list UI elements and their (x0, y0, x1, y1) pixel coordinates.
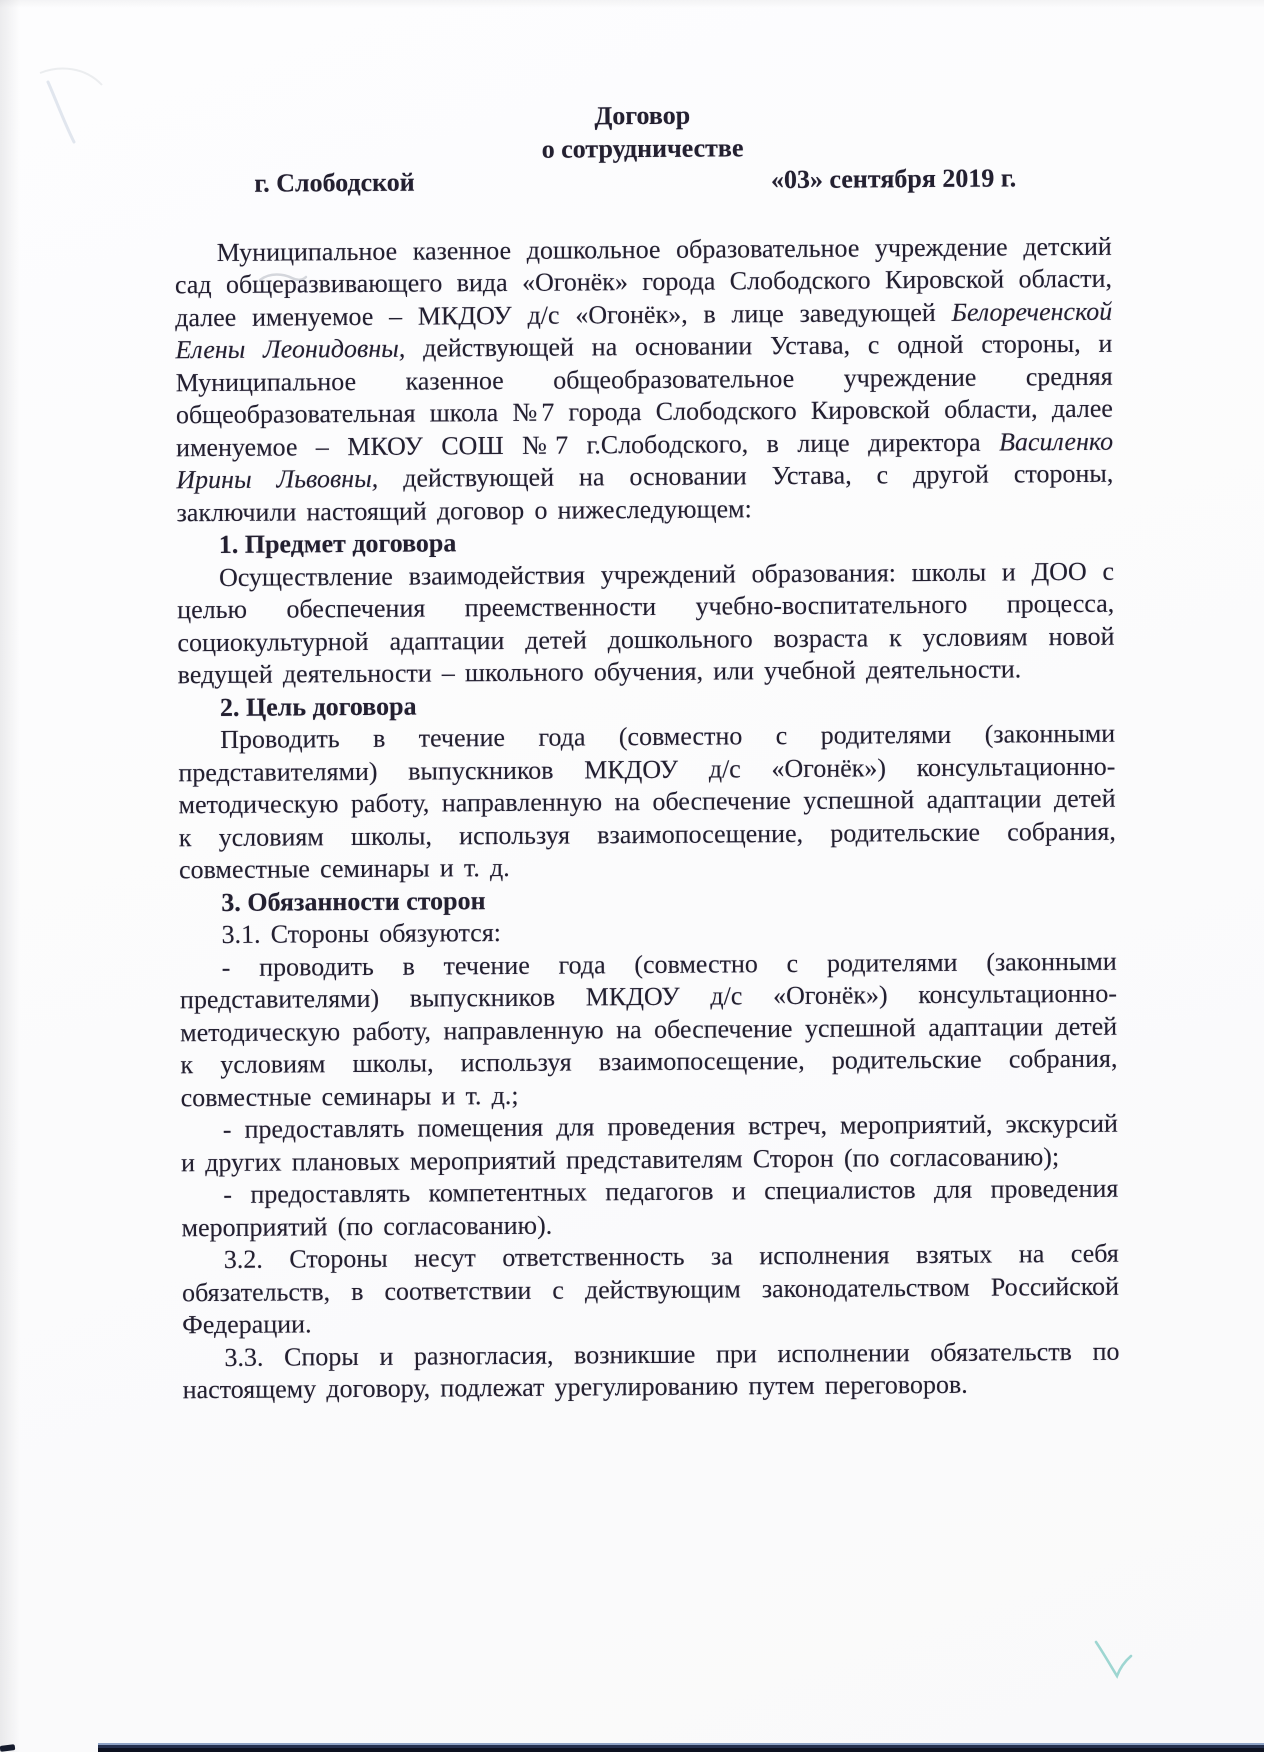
document-body: Договор о сотрудничестве г. Слободской «… (173, 0, 1120, 1407)
scan-edge-shadow-top (0, 0, 1264, 8)
scan-edge-shadow-left (0, 0, 20, 1752)
clause-3-2: 3.2. Стороны несут ответственность за ис… (182, 1238, 1120, 1342)
section-2-body: Проводить в течение года (совместно с ро… (178, 718, 1116, 887)
scan-smudge-icon (42, 78, 82, 148)
clause-3-1-bullet-1: - проводить в течение года (совместно с … (180, 945, 1118, 1114)
clause-3-3: 3.3. Споры и разногласия, возникшие при … (182, 1335, 1119, 1407)
city-label: г. Слободской (254, 167, 415, 201)
scanned-contract-page: Договор о сотрудничестве г. Слободской «… (0, 0, 1264, 1752)
city-date-row: г. Слободской «03» сентября 2019 г. (174, 162, 1111, 201)
section-1-body: Осуществление взаимодействия учреждений … (177, 555, 1115, 692)
clause-3-1-bullet-2: - предоставлять помещения для проведения… (181, 1108, 1118, 1180)
date-label: «03» сентября 2019 г. (771, 162, 1017, 196)
scanner-bottom-bar (98, 1743, 1264, 1752)
scan-corner-fold-mark (30, 55, 120, 145)
clause-3-1-bullet-3: - предоставлять компетентных педагогов и… (181, 1173, 1118, 1245)
pen-checkmark-icon (1090, 1638, 1138, 1690)
intro-paragraph: Муниципальное казенное дошкольное образо… (175, 230, 1114, 529)
